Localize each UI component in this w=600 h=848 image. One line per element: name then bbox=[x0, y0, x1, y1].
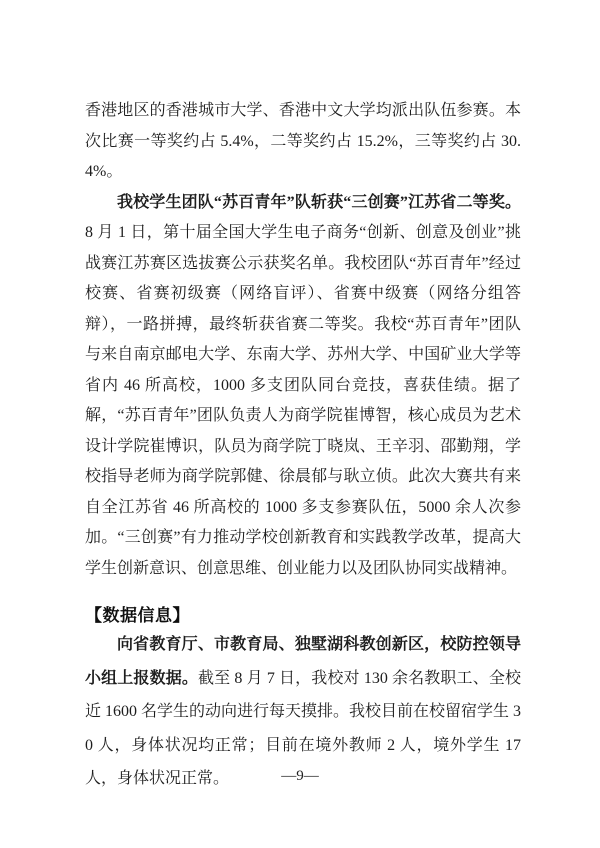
document-page: 香港地区的香港城市大学、香港中文大学均派出队伍参赛。本次比赛一等奖约占 5.4%… bbox=[0, 0, 600, 848]
paragraph-contest-stats: 香港地区的香港城市大学、香港中文大学均派出队伍参赛。本次比赛一等奖约占 5.4%… bbox=[85, 96, 521, 188]
paragraph-award-news: 我校学生团队“苏百青年”队斩获“三创赛”江苏省二等奖。8 月 1 日，第十届全国… bbox=[85, 188, 521, 585]
contest-stats-text: 香港地区的香港城市大学、香港中文大学均派出队伍参赛。本次比赛一等奖约占 5.4%… bbox=[85, 102, 521, 180]
document-text-body: 香港地区的香港城市大学、香港中文大学均派出队伍参赛。本次比赛一等奖约占 5.4%… bbox=[85, 96, 521, 796]
award-body-text: 8 月 1 日，第十届全国大学生电子商务“创新、创意及创业”挑战赛江苏赛区选拔赛… bbox=[85, 224, 521, 577]
page-number: —9— bbox=[281, 768, 319, 784]
award-lead-sentence: 我校学生团队“苏百青年”队斩获“三创赛”江苏省二等奖。 bbox=[117, 194, 521, 211]
section-heading-data-info: 【数据信息】 bbox=[85, 604, 521, 628]
page-footer: —9— bbox=[0, 768, 600, 785]
